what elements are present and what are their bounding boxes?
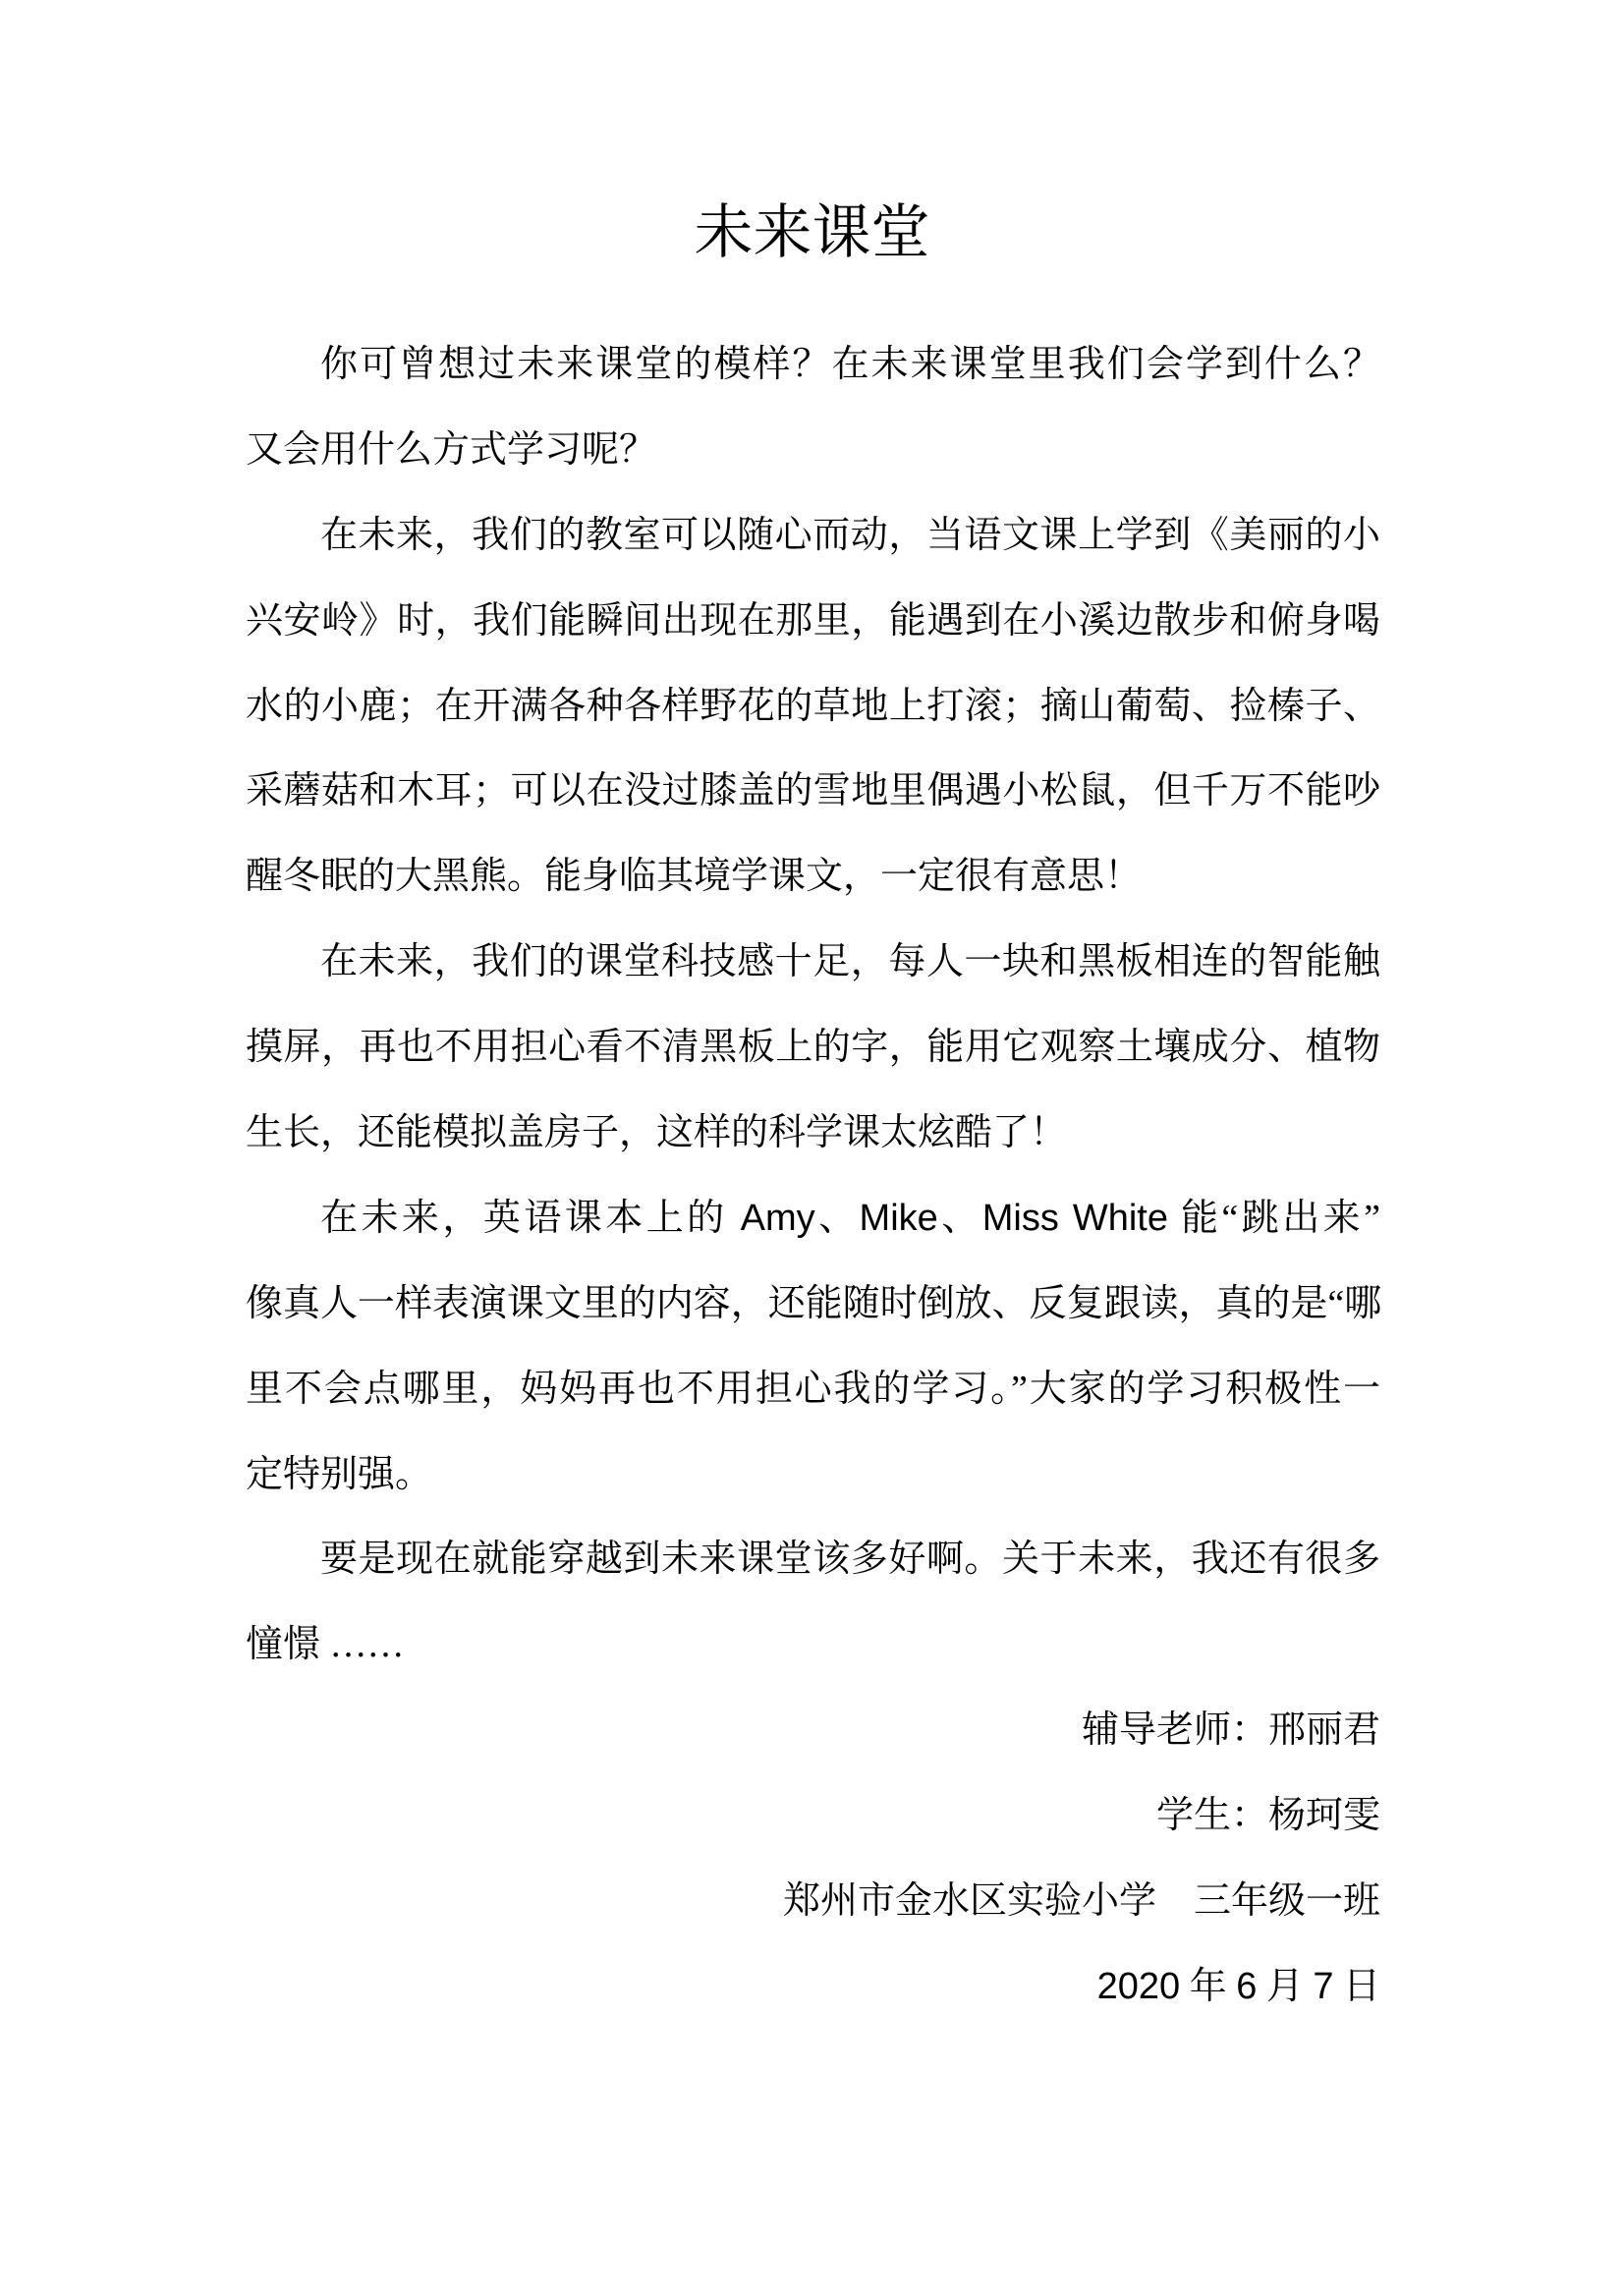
signature-student: 学生：杨珂雯 <box>246 1773 1380 1859</box>
paragraph-4-line-4: 定特别强。 <box>246 1432 1380 1518</box>
paragraph-5-line-2: 憧憬 …… <box>246 1602 1380 1688</box>
paragraph-3-line-3: 生长，还能模拟盖房子，这样的科学课太炫酷了！ <box>246 1091 1380 1176</box>
cjk-enumeration-comma: 、 <box>938 1198 982 1239</box>
english-name-amy: Amy <box>741 1198 815 1239</box>
paragraph-3-line-2: 摸屏，再也不用担心看不清黑板上的字，能用它观察土壤成分、植物 <box>246 1005 1380 1091</box>
paragraph-4-line-2: 像真人一样表演课文里的内容，还能随时倒放、反复跟读，真的是“哪 <box>246 1261 1380 1347</box>
paragraph-2-line-3: 水的小鹿；在开满各种各样野花的草地上打滚；摘山葡萄、捡榛子、 <box>246 664 1380 750</box>
signature-school-class: 郑州市金水区实验小学 三年级一班 <box>246 1859 1380 1944</box>
paragraph-1-line-1: 你可曾想过未来课堂的模样？在未来课堂里我们会学到什么？ <box>246 322 1380 408</box>
date-month-label: 月 <box>1257 1966 1313 2007</box>
english-name-miss-white: Miss White <box>982 1198 1168 1239</box>
document-page: 未来课堂 你可曾想过未来课堂的模样？在未来课堂里我们会学到什么？ 又会用什么方式… <box>0 0 1624 2296</box>
paragraph-2-line-1: 在未来，我们的教室可以随心而动，当语文课上学到《美丽的小 <box>246 493 1380 579</box>
paragraph-2-line-2: 兴安岭》时，我们能瞬间出现在那里，能遇到在小溪边散步和俯身喝 <box>246 579 1380 664</box>
document-title: 未来课堂 <box>0 0 1624 264</box>
paragraph-5-line-1: 要是现在就能穿越到未来课堂该多好啊。关于未来，我还有很多 <box>246 1517 1380 1602</box>
paragraph-4-line-1: 在未来，英语课本上的 Amy、Mike、Miss White 能“跳出来” <box>246 1176 1380 1261</box>
cjk-text: 在未来，英语课本上的 <box>320 1198 741 1239</box>
document-body: 你可曾想过未来课堂的模样？在未来课堂里我们会学到什么？ 又会用什么方式学习呢？ … <box>246 322 1380 2030</box>
date-day-label: 日 <box>1333 1966 1380 2007</box>
date-day-number: 7 <box>1313 1966 1333 2007</box>
paragraph-4-line-3: 里不会点哪里，妈妈再也不用担心我的学习。”大家的学习积极性一 <box>246 1347 1380 1432</box>
signature-date: 2020 年 6 月 7 日 <box>246 1944 1380 2030</box>
english-name-mike: Mike <box>860 1198 938 1239</box>
paragraph-2-line-4: 采蘑菇和木耳；可以在没过膝盖的雪地里偶遇小松鼠，但千万不能吵 <box>246 749 1380 834</box>
paragraph-2-line-5: 醒冬眠的大黑熊。能身临其境学课文，一定很有意思！ <box>246 834 1380 920</box>
date-year-label: 年 <box>1180 1966 1236 2007</box>
cjk-text: 能“跳出来” <box>1168 1198 1380 1239</box>
signature-teacher: 辅导老师：邢丽君 <box>246 1688 1380 1773</box>
paragraph-3-line-1: 在未来，我们的课堂科技感十足，每人一块和黑板相连的智能触 <box>246 920 1380 1005</box>
cjk-enumeration-comma: 、 <box>815 1198 860 1239</box>
date-month-number: 6 <box>1236 1966 1257 2007</box>
paragraph-1-line-2: 又会用什么方式学习呢？ <box>246 408 1380 493</box>
date-year-number: 2020 <box>1097 1966 1181 2007</box>
